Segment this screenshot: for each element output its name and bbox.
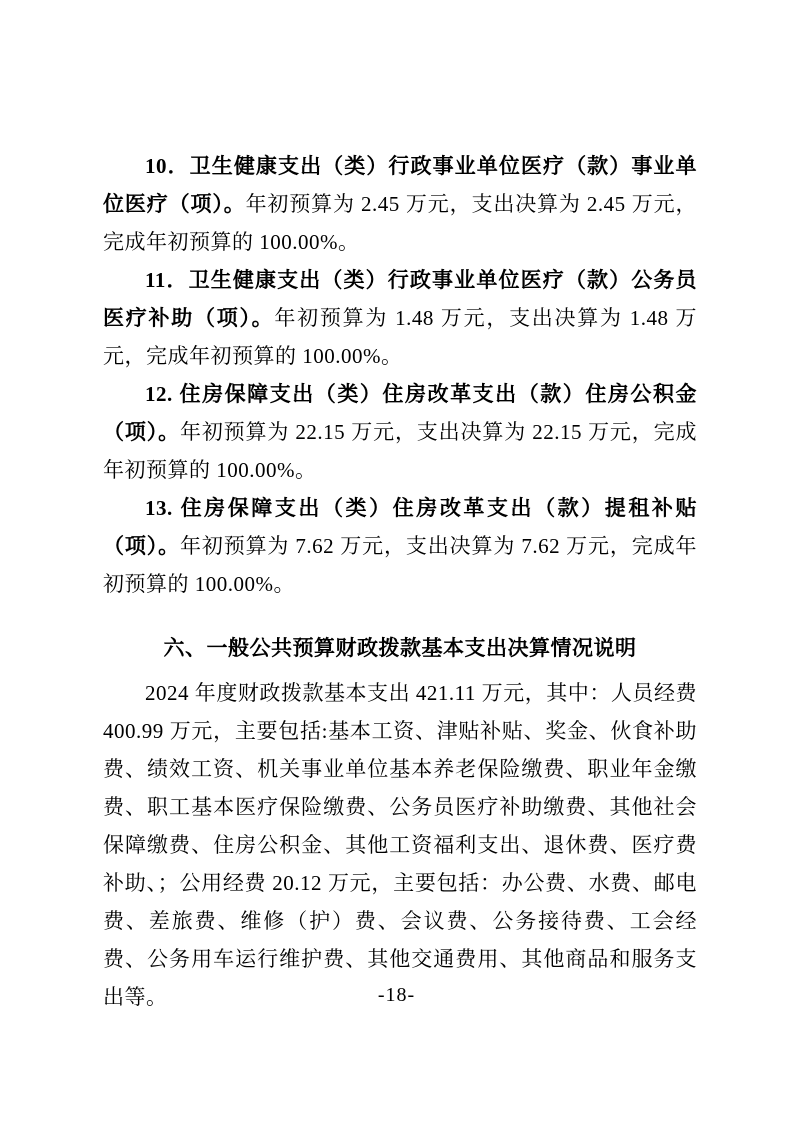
expenditure-item-13: 13. 住房保障支出（类）住房改革支出（款）提租补贴（项）。年初预算为 7.62… [103, 489, 697, 603]
item-12-detail: 年初预算为 22.15 万元，支出决算为 22.15 万元，完成年初预算的 10… [103, 420, 697, 482]
expenditure-item-10: 10．卫生健康支出（类）行政事业单位医疗（款）事业单位医疗（项）。年初预算为 2… [103, 147, 697, 261]
expenditure-item-11: 11．卫生健康支出（类）行政事业单位医疗（款）公务员医疗补助（项）。年初预算为 … [103, 261, 697, 375]
section-body-paragraph: 2024 年度财政拨款基本支出 421.11 万元，其中：人员经费 400.99… [103, 674, 697, 1016]
expenditure-item-12: 12. 住房保障支出（类）住房改革支出（款）住房公积金（项）。年初预算为 22.… [103, 375, 697, 489]
item-13-detail: 年初预算为 7.62 万元，支出决算为 7.62 万元，完成年初预算的 100.… [103, 534, 697, 596]
section-heading: 六、一般公共预算财政拨款基本支出决算情况说明 [103, 629, 697, 667]
document-page: 10．卫生健康支出（类）行政事业单位医疗（款）事业单位医疗（项）。年初预算为 2… [0, 0, 793, 1122]
page-number: -18- [0, 980, 793, 1010]
